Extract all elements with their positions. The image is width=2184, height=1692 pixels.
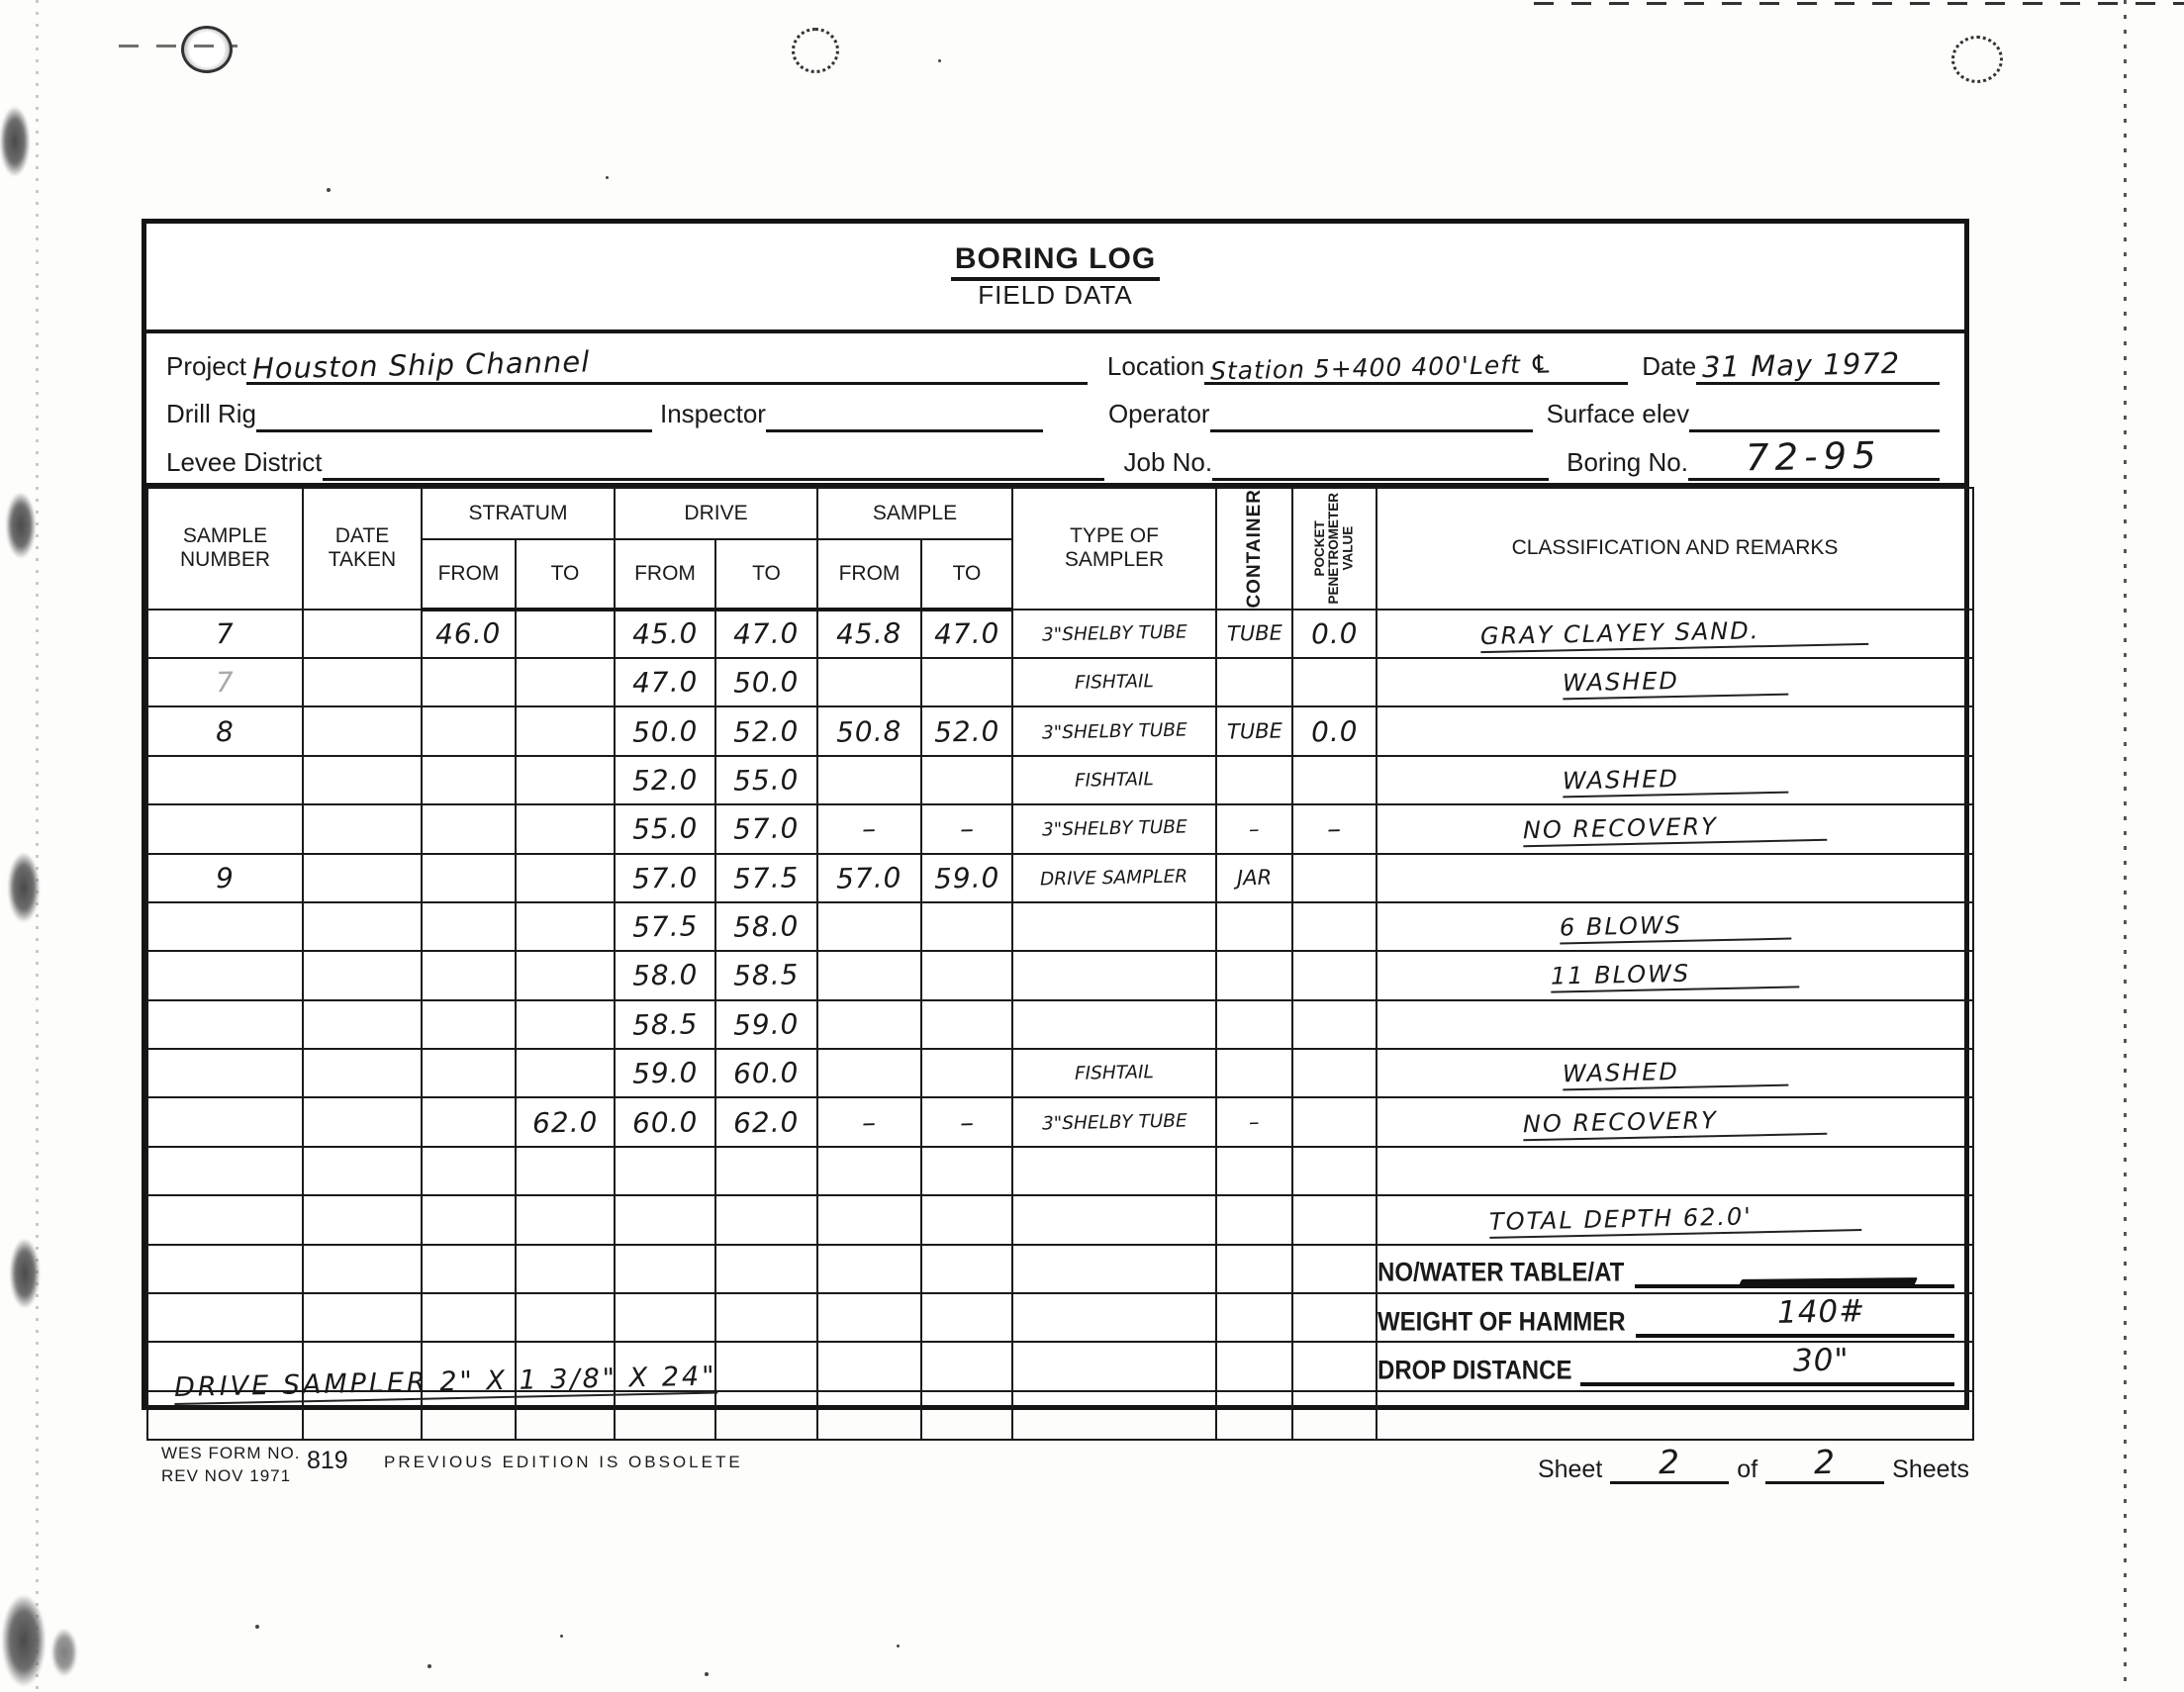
scan-speck: [606, 176, 609, 179]
cell-sample-to: [921, 951, 1012, 999]
wes-form-no: WES FORM NO.: [161, 1443, 300, 1465]
cell-stratum-from: [422, 658, 516, 706]
cell-stratum-to: [516, 756, 615, 804]
cell-sample-to: 59.0: [921, 854, 1012, 902]
surface-elev-field[interactable]: [1689, 393, 1940, 432]
cell-type-of-sampler: [1012, 1000, 1216, 1049]
cell-stratum-to: [516, 1147, 615, 1195]
cell-date-taken: [303, 1049, 422, 1097]
cell-pocket-pen: [1292, 1245, 1377, 1293]
cell-drive-from: 50.0: [615, 706, 715, 755]
cell-container: JAR: [1216, 854, 1292, 902]
scan-speck: [705, 1672, 709, 1676]
cell-sample-number: [147, 804, 303, 853]
header-drive: DRIVE: [615, 488, 817, 539]
cell-type-of-sampler: 3"SHELBY TUBE: [1012, 706, 1216, 755]
cell-type-of-sampler: [1012, 951, 1216, 999]
cell-sample-from: 57.0: [817, 854, 921, 902]
header-container: CONTAINER: [1216, 488, 1292, 610]
cell-sample-number: [147, 951, 303, 999]
remarks-value: 11 BLOWS: [1551, 958, 1800, 993]
cell-sample-from: [817, 1245, 921, 1293]
cell-pocket-pen: [1292, 951, 1377, 999]
cell-stratum-from: [422, 804, 516, 853]
cell-stratum-from: 46.0: [422, 610, 516, 658]
ink-smudge: [2, 1595, 46, 1686]
cell-container: –: [1216, 804, 1292, 853]
cell-pocket-pen: [1292, 658, 1377, 706]
cell-classification-remarks: 11 BLOWS: [1377, 951, 1973, 999]
cell-sample-number: [147, 1147, 303, 1195]
top-edge-dashes: [119, 45, 237, 47]
cell-type-of-sampler: [1012, 1391, 1216, 1440]
cell-stratum-to: [516, 610, 615, 658]
header-sample-number: SAMPLE NUMBER: [147, 488, 303, 610]
cell-date-taken: [303, 1147, 422, 1195]
inspector-field[interactable]: [766, 393, 1043, 432]
table-row: 57.558.06 BLOWS: [147, 902, 1973, 951]
stamped-field-value: 140#: [1776, 1293, 1865, 1331]
date-field[interactable]: 31 May 1972: [1696, 345, 1940, 385]
cell-stratum-to: [516, 1391, 615, 1440]
of-label: of: [1737, 1456, 1757, 1484]
cell-pocket-pen: –: [1292, 804, 1377, 853]
cell-sample-to: 47.0: [921, 610, 1012, 658]
header-sample-from: FROM: [817, 539, 921, 609]
cell-type-of-sampler: [1012, 1195, 1216, 1244]
cell-sample-from: [817, 1000, 921, 1049]
date-label: Date: [1642, 351, 1696, 385]
cell-drive-from: 45.0: [615, 610, 715, 658]
cell-stratum-from: [422, 902, 516, 951]
scan-speck: [560, 1635, 563, 1638]
scan-speck: [427, 1664, 431, 1668]
cell-type-of-sampler: 3"SHELBY TUBE: [1012, 610, 1216, 658]
cell-container: [1216, 1293, 1292, 1342]
stamped-field-value: 30": [1793, 1343, 1850, 1379]
cell-pocket-pen: [1292, 1195, 1377, 1244]
cell-date-taken: [303, 756, 422, 804]
cell-drive-to: [715, 1195, 817, 1244]
cell-stratum-from: [422, 1049, 516, 1097]
table-row: 58.559.0: [147, 1000, 1973, 1049]
cell-container: [1216, 658, 1292, 706]
sheets-label: Sheets: [1892, 1456, 1969, 1484]
cell-classification-remarks: WASHED: [1377, 756, 1973, 804]
cell-container: [1216, 1195, 1292, 1244]
levee-district-field[interactable]: [323, 441, 1104, 481]
cell-drive-to: 50.0: [715, 658, 817, 706]
cell-classification-remarks: [1377, 706, 1973, 755]
cell-date-taken: [303, 706, 422, 755]
cell-drive-to: 57.5: [715, 854, 817, 902]
job-no-field[interactable]: [1212, 441, 1549, 481]
cell-drive-from: 47.0: [615, 658, 715, 706]
table-row: 55.057.0––3"SHELBY TUBE––NO RECOVERY: [147, 804, 1973, 853]
cell-drive-from: 52.0: [615, 756, 715, 804]
cell-stratum-from: [422, 1245, 516, 1293]
header-stratum-to: TO: [516, 539, 615, 609]
cell-date-taken: [303, 804, 422, 853]
form-number-block: WES FORM NO. REV NOV 1971: [161, 1443, 300, 1488]
cell-drive-from: [615, 1293, 715, 1342]
remarks-value: GRAY CLAYEY SAND.: [1480, 614, 1869, 653]
boring-log-form: BORING LOG FIELD DATA Project Houston Sh…: [142, 219, 1969, 1410]
project-field[interactable]: Houston Ship Channel: [246, 345, 1088, 385]
cell-stratum-to: [516, 902, 615, 951]
cell-drive-to: 47.0: [715, 610, 817, 658]
scan-speck: [327, 188, 331, 192]
cell-pocket-pen: [1292, 1391, 1377, 1440]
date-value: 31 May 1972: [1702, 346, 1901, 384]
cell-sample-from: [817, 1195, 921, 1244]
cell-type-of-sampler: [1012, 902, 1216, 951]
cell-drive-to: 58.0: [715, 902, 817, 951]
cell-pocket-pen: 0.0: [1292, 706, 1377, 755]
cell-container: [1216, 1391, 1292, 1440]
sheet-label: Sheet: [1538, 1456, 1602, 1484]
cell-drive-from: 57.5: [615, 902, 715, 951]
boring-log-table: SAMPLE NUMBER DATE TAKEN STRATUM DRIVE S…: [146, 487, 1974, 1441]
form-info-block: Project Houston Ship Channel Location St…: [146, 333, 1964, 487]
stamped-label: NO/WATER TABLE/AT: [1377, 1258, 1624, 1288]
info-row-3: Levee District Job No. Boring No. 72-95: [166, 437, 1940, 481]
remarks-value: WASHED: [1562, 763, 1787, 799]
cell-date-taken: [303, 610, 422, 658]
cell-sample-to: [921, 1147, 1012, 1195]
sheets-total-field[interactable]: 2: [1765, 1440, 1884, 1484]
cell-sample-number: [147, 1049, 303, 1097]
scan-speck: [897, 1645, 900, 1647]
remarks-value: TOTAL DEPTH 62.0': [1488, 1200, 1860, 1239]
sheets-total-value: 2: [1814, 1443, 1837, 1481]
cell-drive-to: [715, 1293, 817, 1342]
cell-container: [1216, 1147, 1292, 1195]
cell-container: [1216, 1342, 1292, 1390]
cell-drive-to: 60.0: [715, 1049, 817, 1097]
cell-stratum-to: [516, 658, 615, 706]
operator-field[interactable]: [1210, 393, 1533, 432]
cell-pocket-pen: [1292, 1049, 1377, 1097]
cell-date-taken: [303, 854, 422, 902]
ink-mark: [1738, 1277, 1918, 1288]
header-type-of-sampler: TYPE OF SAMPLER: [1012, 488, 1216, 610]
ink-smudge: [8, 853, 40, 922]
hole-punch: [181, 26, 233, 73]
cell-drive-from: [615, 1195, 715, 1244]
cell-stratum-to: [516, 951, 615, 999]
cell-stratum-to: [516, 1195, 615, 1244]
cell-container: [1216, 1245, 1292, 1293]
remarks-value: 6 BLOWS: [1559, 909, 1790, 945]
cell-stratum-from: [422, 854, 516, 902]
header-drive-from: FROM: [615, 539, 715, 609]
cell-stratum-to: [516, 854, 615, 902]
inspector-label: Inspector: [660, 399, 766, 432]
cell-drive-to: [715, 1147, 817, 1195]
table-row: 957.057.557.059.0DRIVE SAMPLERJAR: [147, 854, 1973, 902]
cell-stratum-to: [516, 804, 615, 853]
cell-container: –: [1216, 1097, 1292, 1146]
header-classification: CLASSIFICATION AND REMARKS: [1377, 488, 1973, 610]
left-perforation-line: [36, 0, 39, 1692]
cell-type-of-sampler: [1012, 1293, 1216, 1342]
form-title: BORING LOG: [146, 242, 1964, 276]
cell-drive-from: 55.0: [615, 804, 715, 853]
cell-classification-remarks: GRAY CLAYEY SAND.: [1377, 610, 1973, 658]
cell-drive-from: 57.0: [615, 854, 715, 902]
sheet-counter: Sheet 2 of 2 Sheets: [1538, 1440, 1969, 1484]
cell-classification-remarks: [1377, 1147, 1973, 1195]
cell-sample-to: [921, 1391, 1012, 1440]
cell-type-of-sampler: [1012, 1342, 1216, 1390]
cell-sample-from: [817, 1147, 921, 1195]
cell-stratum-from: [422, 951, 516, 999]
stamped-label: WEIGHT OF HAMMER: [1377, 1306, 1626, 1337]
cell-sample-number: 8: [147, 706, 303, 755]
table-row: 62.060.062.0––3"SHELBY TUBE–NO RECOVERY: [147, 1097, 1973, 1146]
cell-drive-from: [615, 1147, 715, 1195]
cell-sample-number: [147, 1097, 303, 1146]
cell-stratum-to: [516, 1049, 615, 1097]
form-title-block: BORING LOG FIELD DATA: [146, 224, 1964, 333]
table-row: WEIGHT OF HAMMER140#: [147, 1293, 1973, 1342]
cell-pocket-pen: [1292, 1147, 1377, 1195]
cell-sample-to: [921, 1049, 1012, 1097]
cell-sample-number: [147, 1195, 303, 1244]
table-row: [147, 1147, 1973, 1195]
cell-classification-remarks: NO/WATER TABLE/AT: [1377, 1245, 1973, 1293]
cell-sample-to: –: [921, 1097, 1012, 1146]
cell-sample-number: [147, 1245, 303, 1293]
table-row: NO/WATER TABLE/AT: [147, 1245, 1973, 1293]
header-sample: SAMPLE: [817, 488, 1012, 539]
cell-stratum-to: [516, 1293, 615, 1342]
cell-pocket-pen: [1292, 756, 1377, 804]
cell-classification-remarks: WEIGHT OF HAMMER140#: [1377, 1293, 1973, 1342]
cell-sample-from: [817, 1049, 921, 1097]
table-row: 58.058.511 BLOWS: [147, 951, 1973, 999]
cell-container: TUBE: [1216, 706, 1292, 755]
table-row: 59.060.0FISHTAILWASHED: [147, 1049, 1973, 1097]
header-stratum: STRATUM: [422, 488, 615, 539]
cell-classification-remarks: NO RECOVERY: [1377, 804, 1973, 853]
cell-pocket-pen: [1292, 1000, 1377, 1049]
cell-sample-from: [817, 951, 921, 999]
cell-drive-from: [615, 1245, 715, 1293]
cell-drive-from: 58.5: [615, 1000, 715, 1049]
cell-container: [1216, 951, 1292, 999]
project-value: Houston Ship Channel: [252, 345, 591, 386]
form-subtitle: FIELD DATA: [146, 280, 1964, 311]
cell-sample-from: [817, 756, 921, 804]
ink-smudge: [6, 493, 36, 558]
scan-speck: [938, 59, 941, 62]
cell-sample-number: [147, 1293, 303, 1342]
cell-container: [1216, 756, 1292, 804]
cell-sample-number: [147, 756, 303, 804]
cell-sample-to: [921, 756, 1012, 804]
drill-rig-label: Drill Rig: [166, 399, 256, 432]
cell-sample-to: [921, 658, 1012, 706]
cell-classification-remarks: WASHED: [1377, 658, 1973, 706]
cell-classification-remarks: [1377, 854, 1973, 902]
cell-type-of-sampler: FISHTAIL: [1012, 756, 1216, 804]
operator-label: Operator: [1108, 399, 1210, 432]
cell-sample-to: [921, 902, 1012, 951]
form-number: 819: [307, 1447, 348, 1475]
right-perforation-line: [2124, 0, 2127, 1692]
cell-container: [1216, 902, 1292, 951]
scanned-page: BORING LOG FIELD DATA Project Houston Sh…: [0, 0, 2184, 1692]
cell-drive-to: [715, 1245, 817, 1293]
cell-classification-remarks: 6 BLOWS: [1377, 902, 1973, 951]
remarks-value: NO RECOVERY: [1523, 1103, 1827, 1140]
surface-elev-label: Surface elev: [1547, 399, 1690, 432]
cell-sample-from: –: [817, 804, 921, 853]
cell-drive-from: 58.0: [615, 951, 715, 999]
table-row: 746.045.047.045.847.03"SHELBY TUBETUBE0.…: [147, 610, 1973, 658]
cell-pocket-pen: [1292, 1293, 1377, 1342]
header-date-taken: DATE TAKEN: [303, 488, 422, 610]
remarks-value: WASHED: [1562, 665, 1787, 701]
cell-stratum-from: [422, 1293, 516, 1342]
table-row: 52.055.0FISHTAILWASHED: [147, 756, 1973, 804]
cell-drive-to: 58.5: [715, 951, 817, 999]
cell-sample-from: [817, 658, 921, 706]
remarks-value: WASHED: [1562, 1056, 1787, 1091]
rev-date: REV NOV 1971: [161, 1465, 300, 1488]
table-row: 747.050.0FISHTAILWASHED: [147, 658, 1973, 706]
cell-drive-to: 52.0: [715, 706, 817, 755]
boring-no-label: Boring No.: [1567, 447, 1688, 481]
cell-classification-remarks: TOTAL DEPTH 62.0': [1377, 1195, 1973, 1244]
boring-no-field[interactable]: 72-95: [1688, 441, 1940, 481]
cell-stratum-from: [422, 1097, 516, 1146]
cell-sample-from: [817, 902, 921, 951]
cell-date-taken: [303, 1000, 422, 1049]
cell-classification-remarks: WASHED: [1377, 1049, 1973, 1097]
sheet-number-field[interactable]: 2: [1610, 1440, 1729, 1484]
cell-sample-from: 45.8: [817, 610, 921, 658]
cell-type-of-sampler: DRIVE SAMPLER: [1012, 854, 1216, 902]
cell-sample-number: 7: [147, 658, 303, 706]
boring-no-value: 72-95: [1746, 433, 1882, 479]
cell-drive-to: [715, 1391, 817, 1440]
sheet-number-value: 2: [1659, 1443, 1681, 1481]
cell-date-taken: [303, 1293, 422, 1342]
cell-pocket-pen: [1292, 1097, 1377, 1146]
cell-date-taken: [303, 658, 422, 706]
ink-smudge: [10, 1239, 40, 1308]
header-pocket-penetrometer: POCKET PENETROMETER VALUE: [1292, 488, 1377, 610]
cell-type-of-sampler: FISHTAIL: [1012, 658, 1216, 706]
cell-stratum-to: [516, 706, 615, 755]
cell-stratum-from: [422, 1147, 516, 1195]
cell-stratum-from: [422, 706, 516, 755]
location-field[interactable]: Station 5+400 400'Left ℄: [1204, 345, 1628, 385]
cell-date-taken: [303, 1097, 422, 1146]
cell-sample-number: 7: [147, 610, 303, 658]
cell-pocket-pen: 0.0: [1292, 610, 1377, 658]
cell-date-taken: [303, 902, 422, 951]
ink-smudge: [51, 1629, 77, 1676]
cell-sample-number: 9: [147, 854, 303, 902]
cell-stratum-from: [422, 756, 516, 804]
cell-drive-to: 57.0: [715, 804, 817, 853]
location-label: Location: [1107, 351, 1204, 385]
cell-drive-from: [615, 1391, 715, 1440]
cell-classification-remarks: NO RECOVERY: [1377, 1097, 1973, 1146]
cell-sample-to: 52.0: [921, 706, 1012, 755]
info-row-1: Project Houston Ship Channel Location St…: [166, 341, 1940, 385]
cell-date-taken: [303, 951, 422, 999]
cell-sample-to: [921, 1293, 1012, 1342]
cell-type-of-sampler: 3"SHELBY TUBE: [1012, 804, 1216, 853]
cell-container: [1216, 1049, 1292, 1097]
cell-drive-to: 62.0: [715, 1097, 817, 1146]
levee-district-label: Levee District: [166, 447, 323, 481]
cell-sample-from: 50.8: [817, 706, 921, 755]
cell-container: TUBE: [1216, 610, 1292, 658]
scan-speck: [255, 1625, 259, 1629]
cell-sample-from: –: [817, 1097, 921, 1146]
cell-container: [1216, 1000, 1292, 1049]
cell-date-taken: [303, 1195, 422, 1244]
cell-sample-from: [817, 1391, 921, 1440]
cell-stratum-to: [516, 1000, 615, 1049]
header-drive-to: TO: [715, 539, 817, 609]
cell-sample-to: –: [921, 804, 1012, 853]
stamped-label: DROP DISTANCE: [1377, 1356, 1571, 1386]
cell-drive-to: 55.0: [715, 756, 817, 804]
table-row: 850.052.050.852.03"SHELBY TUBETUBE0.0: [147, 706, 1973, 755]
cell-pocket-pen: [1292, 854, 1377, 902]
remarks-value: NO RECOVERY: [1523, 810, 1827, 847]
cell-classification-remarks: DROP DISTANCE30": [1377, 1342, 1973, 1390]
header-stratum-from: FROM: [422, 539, 516, 609]
info-row-2: Drill Rig Inspector Operator Surface ele…: [166, 389, 1940, 432]
project-label: Project: [166, 351, 246, 385]
cell-stratum-from: [422, 1195, 516, 1244]
cell-type-of-sampler: FISHTAIL: [1012, 1049, 1216, 1097]
cell-type-of-sampler: 3"SHELBY TUBE: [1012, 1097, 1216, 1146]
cell-stratum-from: [422, 1000, 516, 1049]
obsolete-note: PREVIOUS EDITION IS OBSOLETE: [384, 1453, 743, 1472]
cell-date-taken: [303, 1245, 422, 1293]
cell-classification-remarks: [1377, 1000, 1973, 1049]
cell-stratum-to: [516, 1245, 615, 1293]
cell-pocket-pen: [1292, 1342, 1377, 1390]
cell-sample-number: [147, 1000, 303, 1049]
top-edge-dashes: [1534, 2, 2184, 5]
cell-sample-to: [921, 1245, 1012, 1293]
cell-sample-to: [921, 1195, 1012, 1244]
cell-stratum-to: 62.0: [516, 1097, 615, 1146]
ink-smudge: [0, 107, 30, 176]
cell-sample-number: [147, 902, 303, 951]
cell-type-of-sampler: [1012, 1147, 1216, 1195]
cell-classification-remarks: [1377, 1391, 1973, 1440]
hole-punch: [792, 28, 839, 73]
cell-pocket-pen: [1292, 902, 1377, 951]
cell-drive-from: 59.0: [615, 1049, 715, 1097]
location-value: Station 5+400 400'Left ℄: [1210, 350, 1554, 386]
cell-sample-from: [817, 1293, 921, 1342]
drill-rig-field[interactable]: [256, 393, 652, 432]
job-no-label: Job No.: [1124, 447, 1213, 481]
cell-type-of-sampler: [1012, 1245, 1216, 1293]
